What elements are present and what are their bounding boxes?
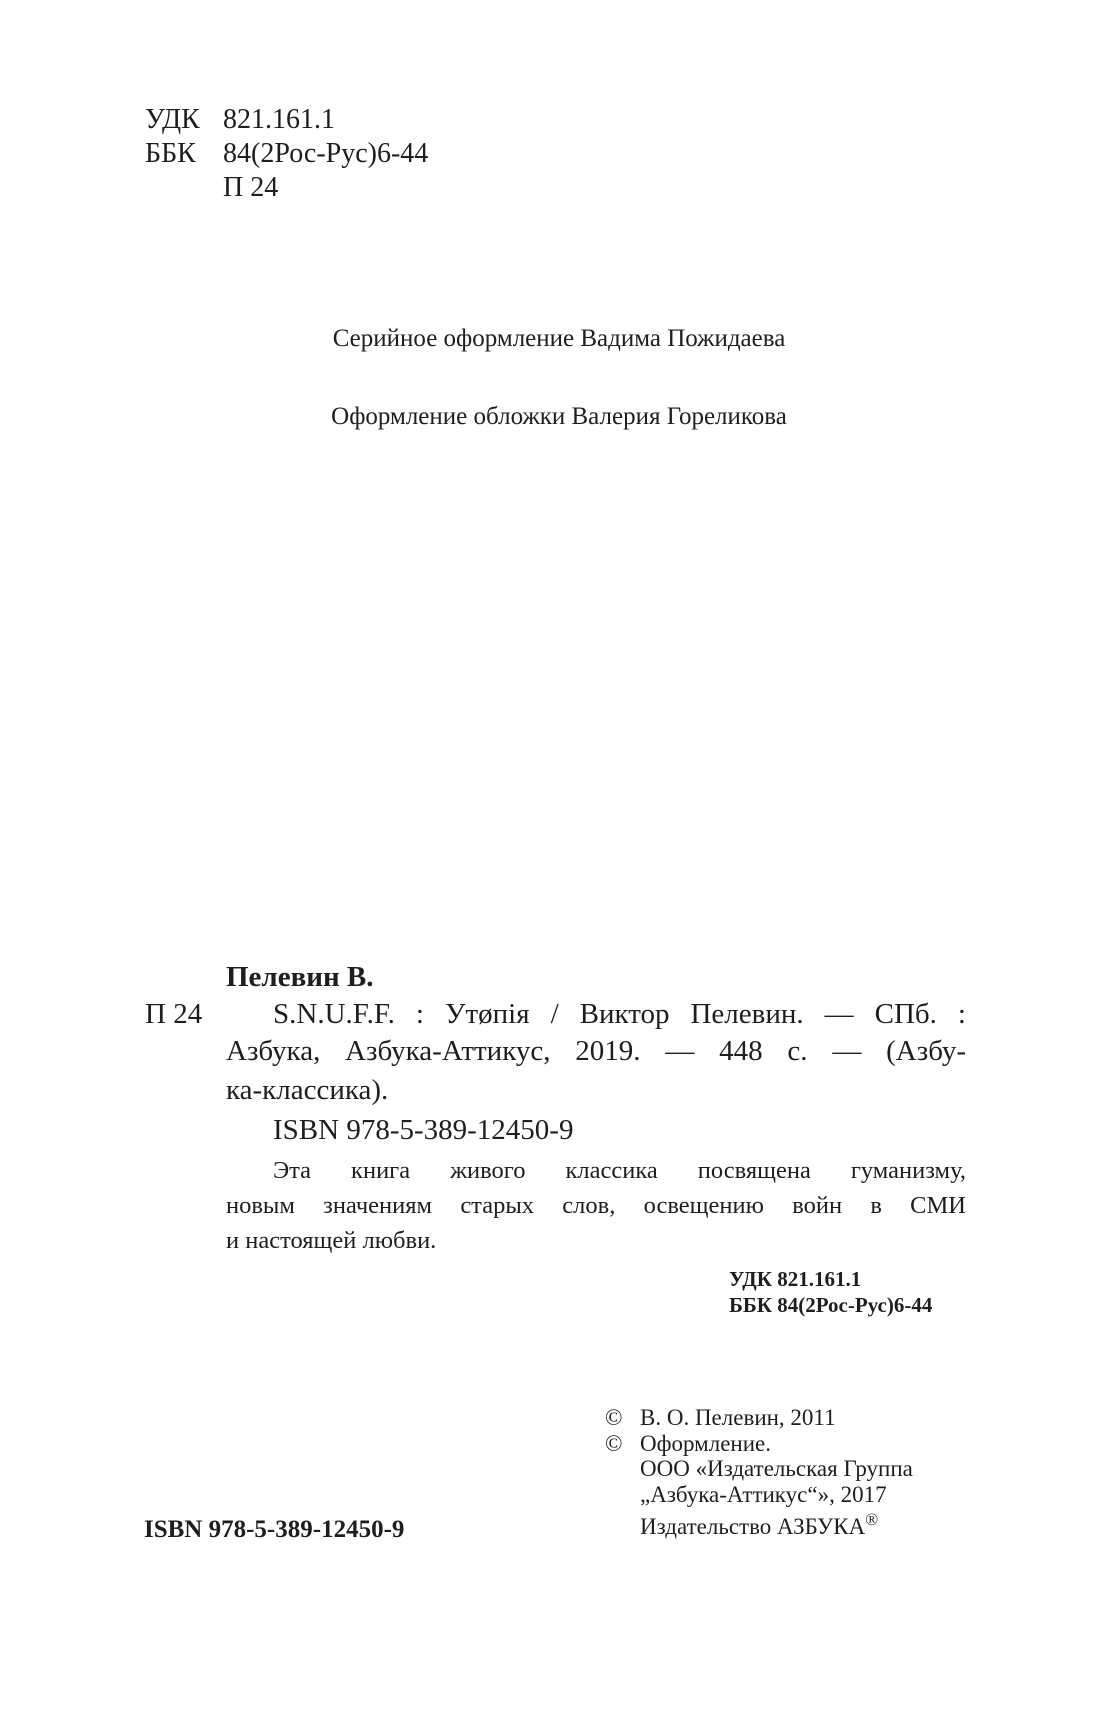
- udk-value: 821.161.1: [223, 104, 335, 135]
- annotation-line-1: Эта книга живого классика посвящена гума…: [273, 1153, 966, 1188]
- copyright-block: ©В. О. Пелевин, 2011 ©Оформление. ООО «И…: [605, 1405, 913, 1540]
- copyright-author: В. О. Пелевин, 2011: [640, 1405, 836, 1430]
- publisher-name: Издательство АЗБУКА: [640, 1514, 865, 1539]
- author-heading: Пелевин В.: [226, 959, 374, 996]
- record-author-mark: П 24: [145, 996, 202, 1033]
- classification-block: УДК821.161.1 ББК84(2Рос-Рус)6-44 П 24: [145, 103, 428, 205]
- annotation-line-2: новым значениям старых слов, освещению в…: [226, 1188, 966, 1223]
- record-series-line: ка-классика).: [226, 1072, 388, 1109]
- annotation-line-3: и настоящей любви.: [226, 1223, 436, 1258]
- record-publication-line: Азбука, Азбука-Аттикус, 2019. — 448 с. —…: [226, 1033, 966, 1070]
- author-mark-row: П 24: [145, 171, 428, 205]
- bbk-value: 84(2Рос-Рус)6-44: [223, 138, 428, 169]
- bbk-label: ББК: [145, 137, 223, 171]
- udk-row: УДК821.161.1: [145, 103, 428, 137]
- copyright-row-2: ©Оформление.: [605, 1431, 913, 1457]
- copyright-publisher-1: ООО «Издательская Группа: [605, 1456, 913, 1482]
- cover-design-credit: Оформление обложки Валерия Гореликова: [0, 403, 1100, 431]
- udk-label: УДК: [145, 103, 223, 137]
- copyright-design: Оформление.: [640, 1431, 771, 1456]
- series-design-credit: Серийное оформление Вадима Пожидаева: [0, 325, 1100, 353]
- registered-mark-icon: ®: [865, 1510, 878, 1529]
- record-udk: УДК 821.161.1: [729, 1267, 861, 1293]
- author-mark: П 24: [223, 172, 278, 203]
- record-isbn: ISBN 978-5-389-12450-9: [273, 1112, 573, 1149]
- copyright-row-1: ©В. О. Пелевин, 2011: [605, 1405, 913, 1431]
- copyright-publisher-2: „Азбука-Аттикус“», 2017: [605, 1482, 913, 1508]
- record-title-line: S.N.U.F.F. : Утøпія / Виктор Пелевин. — …: [273, 996, 966, 1033]
- bbk-row: ББК84(2Рос-Рус)6-44: [145, 137, 428, 171]
- copyright-icon: ©: [605, 1431, 640, 1457]
- copyright-publisher-3: Издательство АЗБУКА®: [605, 1507, 913, 1540]
- footer-isbn: ISBN 978-5-389-12450-9: [144, 1516, 404, 1544]
- record-bbk: ББК 84(2Рос-Рус)6-44: [729, 1293, 932, 1319]
- copyright-icon: ©: [605, 1405, 640, 1431]
